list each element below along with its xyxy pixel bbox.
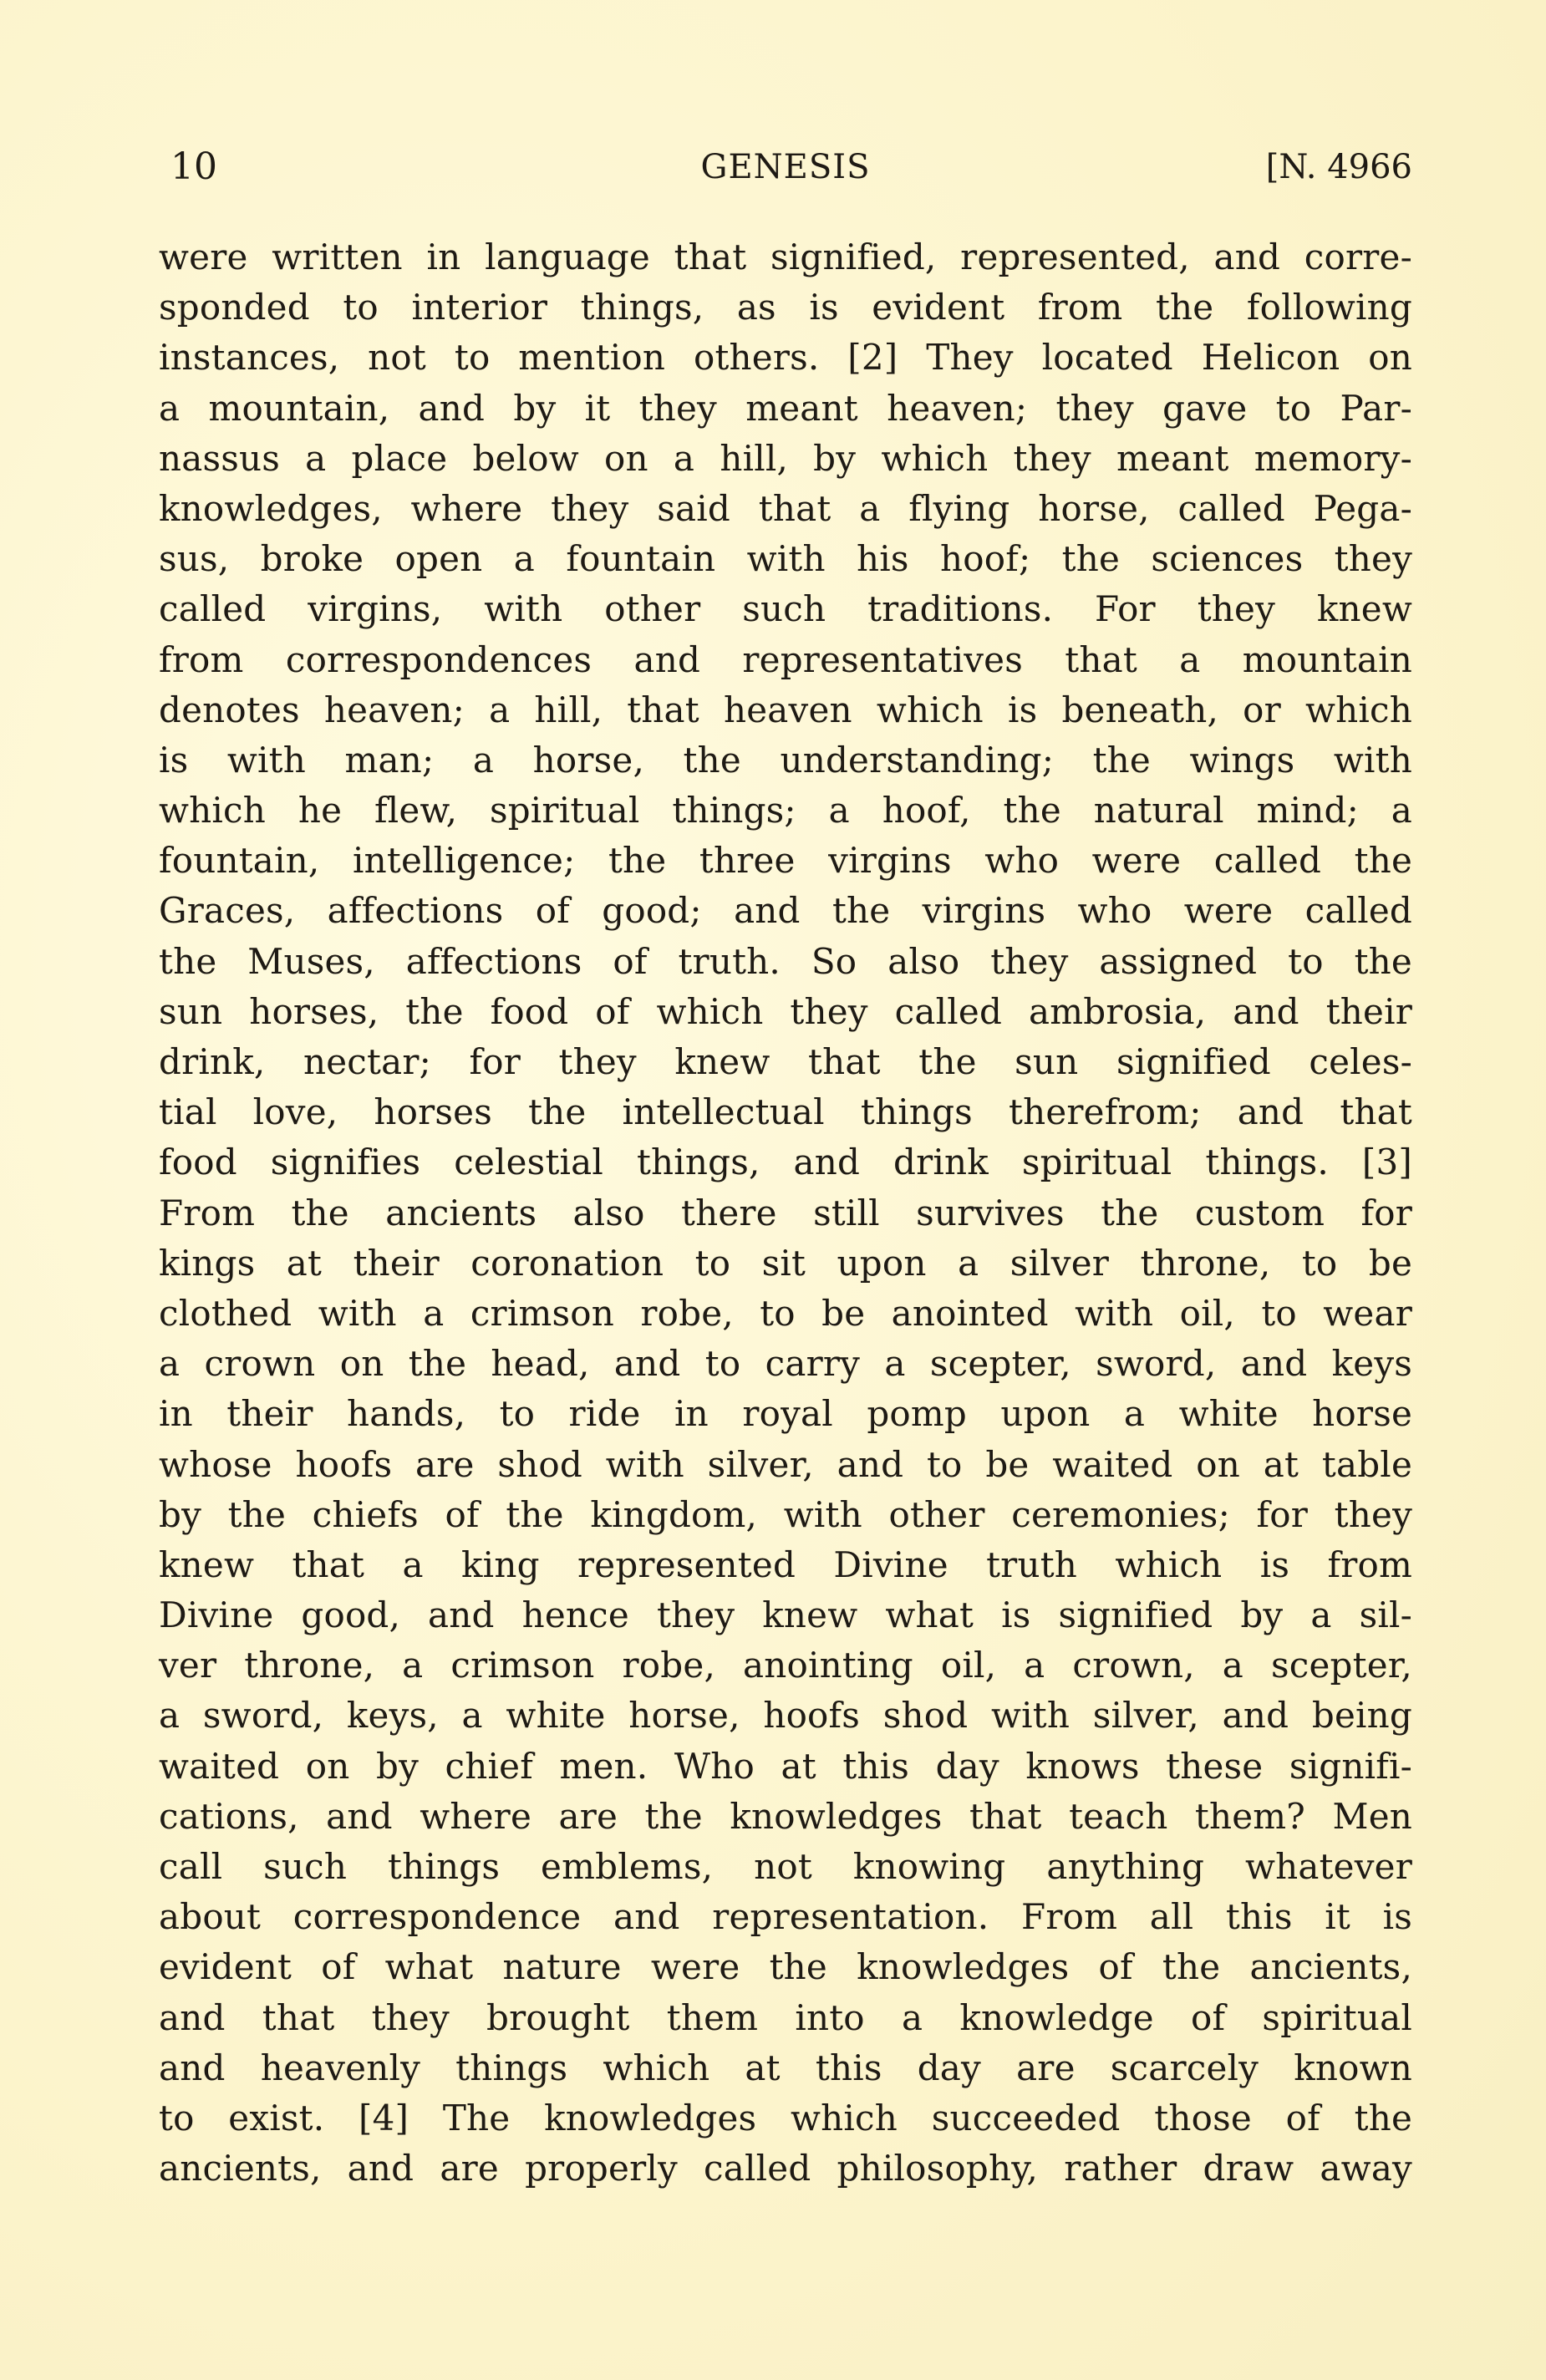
text-line: sponded to interior things, as is eviden… bbox=[159, 282, 1412, 333]
text-line: tial love, horses the intellectual thing… bbox=[159, 1087, 1412, 1137]
running-title: GENESIS bbox=[159, 125, 1412, 209]
text-line: ver throne, a crimson robe, anointing oi… bbox=[159, 1640, 1412, 1691]
text-line: knew that a king represented Divine trut… bbox=[159, 1540, 1412, 1590]
text-line: denotes heaven; a hill, that heaven whic… bbox=[159, 685, 1412, 735]
text-line: food signifies celestial things, and dri… bbox=[159, 1137, 1412, 1187]
text-line: and heavenly things which at this day ar… bbox=[159, 2043, 1412, 2093]
book-page: 10 GENESIS [N. 4966 were written in lang… bbox=[159, 125, 1412, 2194]
text-line: to exist. [4] The knowledges which succe… bbox=[159, 2093, 1412, 2144]
text-line: evident of what nature were the knowledg… bbox=[159, 1942, 1412, 1992]
body-text: were written in language that signified,… bbox=[159, 232, 1412, 2194]
text-line: waited on by chief men. Who at this day … bbox=[159, 1742, 1412, 1792]
text-line: sun horses, the food of which they calle… bbox=[159, 987, 1412, 1037]
text-line: about correspondence and representation.… bbox=[159, 1892, 1412, 1942]
text-line: knowledges, where they said that a flyin… bbox=[159, 484, 1412, 534]
text-line: cations, and where are the knowledges th… bbox=[159, 1792, 1412, 1842]
text-line: sus, broke open a fountain with his hoof… bbox=[159, 534, 1412, 584]
text-line: a mountain, and by it they meant heaven;… bbox=[159, 384, 1412, 434]
text-line: instances, not to mention others. [2] Th… bbox=[159, 333, 1412, 383]
text-line: from correspondences and representatives… bbox=[159, 635, 1412, 685]
text-line: From the ancients also there still survi… bbox=[159, 1188, 1412, 1238]
text-line: fountain, intelligence; the three virgin… bbox=[159, 836, 1412, 886]
text-line: call such things emblems, not knowing an… bbox=[159, 1842, 1412, 1892]
text-line: called virgins, with other such traditio… bbox=[159, 584, 1412, 634]
text-line: whose hoofs are shod with silver, and to… bbox=[159, 1440, 1412, 1490]
running-head: 10 GENESIS [N. 4966 bbox=[159, 125, 1412, 209]
text-line: ancients, and are properly called philos… bbox=[159, 2144, 1412, 2194]
text-line: kings at their coronation to sit upon a … bbox=[159, 1238, 1412, 1289]
text-line: nassus a place below on a hill, by which… bbox=[159, 434, 1412, 484]
text-line: Graces, affections of good; and the virg… bbox=[159, 886, 1412, 936]
text-line: is with man; a horse, the understanding;… bbox=[159, 735, 1412, 786]
text-line: which he flew, spiritual things; a hoof,… bbox=[159, 786, 1412, 836]
text-line: drink, nectar; for they knew that the su… bbox=[159, 1037, 1412, 1087]
text-line: clothed with a crimson robe, to be anoin… bbox=[159, 1289, 1412, 1339]
section-number: [N. 4966 bbox=[1266, 125, 1412, 209]
text-line: and that they brought them into a knowle… bbox=[159, 1993, 1412, 2043]
text-line: a sword, keys, a white horse, hoofs shod… bbox=[159, 1691, 1412, 1741]
text-line: a crown on the head, and to carry a scep… bbox=[159, 1339, 1412, 1389]
text-line: in their hands, to ride in royal pomp up… bbox=[159, 1389, 1412, 1439]
text-line: by the chiefs of the kingdom, with other… bbox=[159, 1490, 1412, 1540]
text-line: the Muses, affections of truth. So also … bbox=[159, 937, 1412, 987]
text-line: Divine good, and hence they knew what is… bbox=[159, 1590, 1412, 1640]
text-line: were written in language that signified,… bbox=[159, 232, 1412, 282]
